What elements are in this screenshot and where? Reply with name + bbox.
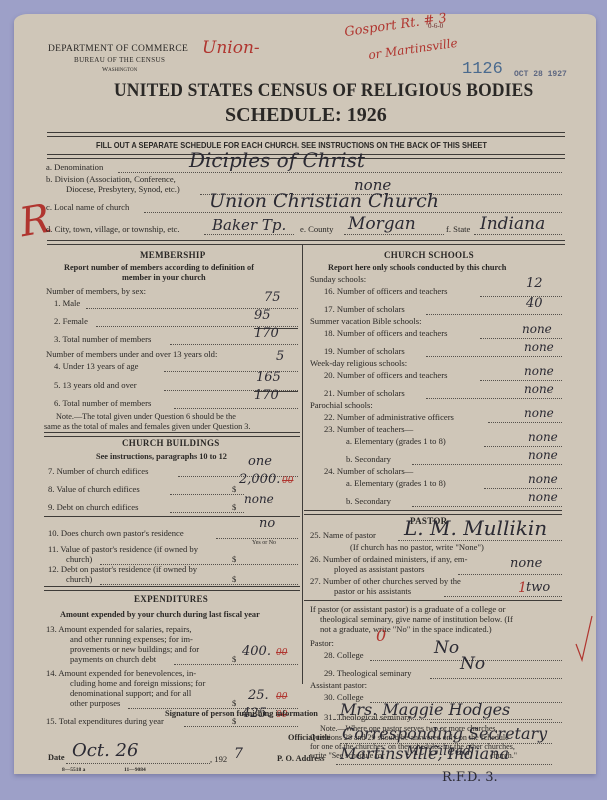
divider: [304, 600, 562, 601]
q27-line: [444, 596, 562, 597]
divider: [304, 510, 562, 515]
red-check-icon: [574, 614, 594, 664]
print-code: 11—9084: [124, 767, 146, 773]
buildings-sub: See instructions, paragraphs 10 to 12: [96, 452, 227, 461]
po-address-line2[interactable]: R.F.D. 3.: [442, 770, 498, 785]
pastor-sub-label: Pastor:: [310, 638, 334, 648]
census-schedule-sheet: DEPARTMENT OF COMMERCE BUREAU OF THE CEN…: [14, 14, 596, 774]
q14-value[interactable]: 25.: [248, 688, 269, 703]
local-name-label: c. Local name of church: [46, 202, 129, 212]
dollar-sign: $: [232, 698, 236, 708]
q23b-line: [412, 464, 562, 465]
q15-label: 15. Total expenditures during year: [46, 716, 164, 726]
column-divider: [302, 244, 303, 684]
divider: [47, 132, 565, 137]
dollar-sign: $: [232, 484, 236, 494]
q13-cents: 00: [276, 648, 287, 658]
q20-label: 20. Number of officers and teachers: [324, 370, 447, 380]
signature-value[interactable]: Mrs. Maggie Hodges: [340, 700, 510, 719]
q14-line-1: 14. Amount expended for benevolences, in…: [46, 668, 196, 678]
q4-under13-value[interactable]: 5: [276, 349, 284, 364]
q8-value[interactable]: 2,000.: [239, 472, 280, 487]
q26-value[interactable]: none: [510, 556, 542, 571]
q14-cents: 00: [276, 692, 287, 702]
q7-edifices-value[interactable]: one: [248, 454, 272, 469]
q26-line-1: 26. Number of ordained ministers, if any…: [310, 554, 467, 564]
date-label: Date: [48, 753, 65, 762]
q12-label-2: church): [66, 574, 92, 584]
schedule-title: SCHEDULE: 1926: [225, 104, 387, 127]
q18-value[interactable]: none: [522, 322, 552, 336]
q9-value[interactable]: none: [244, 492, 274, 506]
division-label-1: b. Division (Association, Conference,: [46, 174, 176, 184]
po-address-label: P. O. Address: [277, 754, 325, 763]
signature-line: [334, 719, 552, 720]
q23a-value[interactable]: none: [528, 430, 558, 444]
official-title-value[interactable]: Corresponding Secretary: [342, 724, 547, 743]
red-annotation-union: Union-: [202, 38, 260, 58]
sunday-schools-label: Sunday schools:: [310, 274, 366, 284]
q2-female-value[interactable]: 95: [254, 308, 271, 323]
divider: [44, 432, 300, 437]
county-line: [344, 234, 444, 235]
q1-male-value[interactable]: 75: [264, 290, 281, 305]
graduate-note-3: not a graduate, write "No" in the space …: [320, 624, 492, 634]
division-label-2: Diocese, Presbytery, Synod, etc.): [66, 184, 180, 194]
denomination-label: a. Denomination: [46, 162, 103, 172]
q19-value[interactable]: none: [524, 340, 554, 354]
q24b-label: b. Secondary: [346, 496, 391, 506]
q29-value[interactable]: No: [460, 654, 485, 674]
yes-no-hint: Yes or No: [252, 540, 276, 546]
membership-sub-1: Report number of members according to de…: [64, 263, 254, 272]
membership-heading: MEMBERSHIP: [140, 250, 206, 260]
q19-label: 19. Number of scholars: [324, 346, 405, 356]
q10-line: [216, 538, 298, 539]
q2-label: 2. Female: [54, 316, 88, 326]
page-title: UNITED STATES CENSUS OF RELIGIOUS BODIES: [114, 80, 533, 102]
city-township-value[interactable]: Baker Tp.: [212, 216, 286, 234]
q3-line: [170, 344, 298, 345]
q12-label-1: 12. Debt on pastor's residence (if owned…: [48, 564, 197, 574]
q26-line-2: ployed as assistant pastors: [334, 564, 424, 574]
q16-line: [480, 296, 562, 297]
q3-total-value[interactable]: 170: [254, 326, 279, 341]
po-address-value[interactable]: Martinsville, Indiana: [340, 744, 509, 763]
q10-label: 10. Does church own pastor's residence: [48, 528, 184, 538]
schools-sub: Report here only schools conducted by th…: [328, 263, 506, 272]
q15-line: [184, 726, 298, 727]
q29-line: [430, 678, 562, 679]
weekday-schools-label: Week-day religious schools:: [310, 358, 407, 368]
q13-line-2: and other running expenses; for im-: [70, 634, 193, 644]
q20-line: [480, 380, 562, 381]
q17-value[interactable]: 40: [526, 296, 543, 311]
signature-label: Signature of person furnishing informati…: [165, 709, 318, 718]
q17-line: [426, 314, 562, 315]
city-line: [204, 234, 294, 235]
q24-label: 24. Number of scholars—: [324, 466, 413, 476]
q23a-label: a. Elementary (grades 1 to 8): [346, 436, 446, 446]
q21-line: [426, 398, 562, 399]
q28-value[interactable]: No: [434, 638, 459, 658]
state-value[interactable]: Indiana: [480, 214, 545, 234]
red-annotation-martinsville: or Martinsville: [367, 36, 458, 62]
local-name-value[interactable]: Union Christian Church: [209, 190, 439, 212]
q7-label: 7. Number of church edifices: [48, 466, 148, 476]
graduate-note-1: If pastor (or assistant pastor) is a gra…: [310, 604, 505, 614]
department-label: DEPARTMENT OF COMMERCE: [48, 44, 188, 54]
q13-line-1: 13. Amount expended for salaries, repair…: [46, 624, 192, 634]
q6-label: 6. Total number of members: [54, 398, 151, 408]
q29-label: 29. Theological seminary: [324, 668, 411, 678]
by-sex-label: Number of members, by sex:: [46, 286, 146, 296]
q21-value[interactable]: none: [524, 382, 554, 396]
q24b-value[interactable]: none: [528, 490, 558, 504]
q8-cents: 00: [282, 476, 293, 486]
q23b-label: b. Secondary: [346, 454, 391, 464]
stamp-date: OCT 28 1927: [514, 70, 567, 79]
dollar-sign: $: [232, 574, 236, 584]
q23-label: 23. Number of teachers—: [324, 424, 413, 434]
q23b-value[interactable]: none: [528, 448, 558, 462]
q13-line: [174, 664, 298, 665]
q21-label: 21. Number of scholars: [324, 388, 405, 398]
q5-over13-value[interactable]: 165: [256, 370, 281, 385]
q19-line: [426, 356, 562, 357]
q5-label: 5. 13 years old and over: [54, 380, 137, 390]
pastor-name-value[interactable]: L. M. Mullikin: [404, 516, 547, 540]
q20-value[interactable]: none: [524, 364, 554, 378]
expenditures-sub: Amount expended by your church during la…: [60, 610, 260, 619]
q27-line-2: pastor or his assistants: [334, 586, 411, 596]
graduate-note-2: theological seminary, give name of insti…: [320, 614, 513, 624]
q27-value[interactable]: two: [526, 580, 550, 595]
expenditures-heading: EXPENDITURES: [134, 594, 208, 604]
denomination-value[interactable]: Diciples of Christ: [189, 148, 365, 172]
q24a-value[interactable]: none: [528, 472, 558, 486]
parochial-schools-label: Parochial schools:: [310, 400, 373, 410]
dollar-sign: $: [232, 502, 236, 512]
q12-line: [100, 584, 298, 585]
stamp-number: 1126: [462, 60, 503, 79]
q22-value[interactable]: none: [524, 406, 554, 420]
year-prefix: , 192: [210, 754, 227, 764]
q6-total-value[interactable]: 170: [254, 388, 279, 403]
q23a-line: [484, 446, 562, 447]
q22-line: [488, 422, 562, 423]
buildings-heading: CHURCH BUILDINGS: [122, 438, 220, 448]
q13-value[interactable]: 400.: [242, 644, 271, 659]
q11-label-1: 11. Value of pastor's residence (if owne…: [48, 544, 198, 554]
date-value[interactable]: Oct. 26: [72, 740, 138, 761]
q16-label: 16. Number of officers and teachers: [324, 286, 447, 296]
q14-line-4: other purposes: [70, 698, 120, 708]
date-line: [66, 763, 210, 764]
summer-schools-label: Summer vacation Bible schools:: [310, 316, 421, 326]
q24a-label: a. Elementary (grades 1 to 8): [346, 478, 446, 488]
q25-line: [398, 540, 562, 541]
q14-line-3: denominational support; and for all: [70, 688, 191, 698]
city-township-label: d. City, town, village, or township, etc…: [46, 224, 180, 234]
form-code: 8—5518 a: [62, 767, 85, 773]
q24a-line: [484, 488, 562, 489]
q13-line-4: payments on church debt: [70, 654, 156, 664]
pastor-red-mark: 0: [376, 626, 386, 645]
by-age-label: Number of members under and over 13 year…: [46, 349, 217, 359]
state-label: f. State: [446, 224, 470, 234]
divider: [44, 586, 300, 591]
q10-value[interactable]: no: [259, 516, 275, 531]
q31-line: [430, 722, 562, 723]
q6-line: [174, 408, 298, 409]
local-name-line: [144, 212, 562, 213]
q22-label: 22. Number of administrative officers: [324, 412, 454, 422]
membership-sub-2: member in your church: [122, 273, 206, 282]
county-label: e. County: [300, 224, 333, 234]
divider: [47, 240, 565, 245]
q1-label: 1. Male: [54, 298, 80, 308]
q18-line: [480, 338, 562, 339]
q8-label: 8. Value of church edifices: [48, 484, 140, 494]
po-address-line: [336, 764, 552, 765]
bureau-label: BUREAU OF THE CENSUS: [74, 56, 165, 64]
dollar-sign: $: [232, 554, 236, 564]
q24b-line: [412, 506, 562, 507]
q9-label: 9. Debt on church edifices: [48, 502, 138, 512]
membership-note-2: same as the total of males and females g…: [44, 422, 250, 431]
year-suffix-value[interactable]: 7: [234, 746, 243, 762]
schools-heading: CHURCH SCHOOLS: [384, 250, 474, 260]
q18-label: 18. Number of officers and teachers: [324, 328, 447, 338]
q25-label: 25. Name of pastor: [310, 530, 376, 540]
q9-line: [170, 512, 244, 513]
q16-value[interactable]: 12: [526, 276, 543, 291]
q4-label: 4. Under 13 years of age: [54, 361, 138, 371]
q8-line: [170, 494, 244, 495]
state-line: [474, 234, 562, 235]
assistant-pastor-label: Assistant pastor:: [310, 680, 367, 690]
q17-label: 17. Number of scholars: [324, 304, 405, 314]
q14-line-2: cluding home and foreign missions; for: [70, 678, 205, 688]
city-label: Washington: [102, 66, 137, 73]
official-title-label: Official title: [288, 733, 331, 742]
q27-line-1: 27. Number of other churches served by t…: [310, 576, 461, 586]
q26-line: [458, 574, 562, 575]
red-annotation-sup: 0-6-0: [428, 22, 443, 30]
q11-label-2: church): [66, 554, 92, 564]
q3-label: 3. Total number of members: [54, 334, 151, 344]
dollar-sign: $: [232, 654, 236, 664]
q28-label: 28. College: [324, 650, 364, 660]
county-value[interactable]: Morgan: [348, 214, 416, 234]
q25-hint: (If church has no pastor, write "None"): [350, 542, 484, 552]
denomination-line: [118, 172, 562, 173]
membership-note-1: Note.—The total given under Question 6 s…: [56, 412, 236, 421]
q13-line-3: provements or new buildings; and for: [70, 644, 199, 654]
